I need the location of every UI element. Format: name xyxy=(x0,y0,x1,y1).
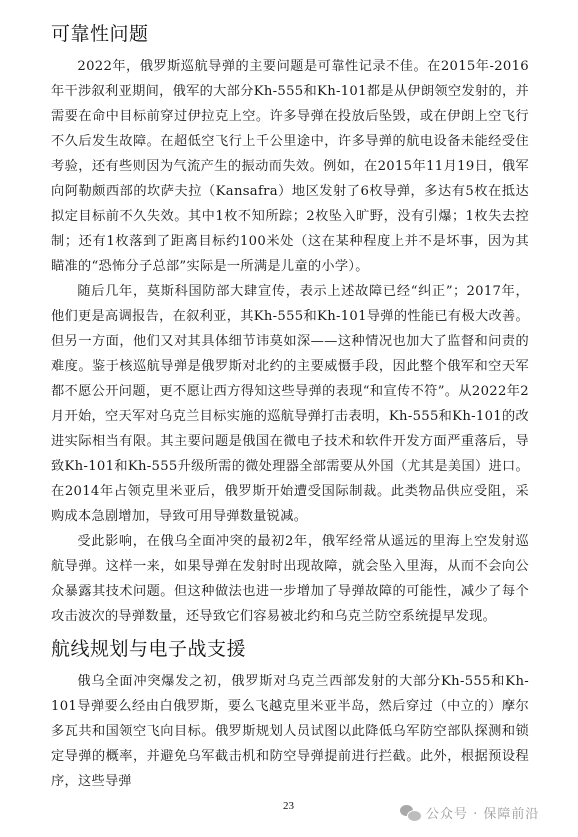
wechat-icon xyxy=(400,805,422,821)
paragraph: 俄乌全面冲突爆发之初，俄罗斯对乌克兰西部发射的大部分Kh-555和Kh-101导… xyxy=(51,669,529,794)
watermark: 公众号 · 保障前沿 xyxy=(400,803,539,822)
paragraph: 受此影响，在俄乌全面冲突的最初2年，俄军经常从遥远的里海上空发射巡航导弹。这样一… xyxy=(51,529,529,629)
paragraph: 2022年，俄罗斯巡航导弹的主要问题是可靠性记录不佳。在2015年-2016年干… xyxy=(51,54,529,279)
section-heading-reliability: 可靠性问题 xyxy=(51,18,529,50)
paragraph: 随后几年，莫斯科国防部大肆宣传，表示上述故障已经“纠正”；2017年，他们更是高… xyxy=(51,279,529,529)
page-number: 23 xyxy=(283,800,294,812)
document-page: 可靠性问题 2022年，俄罗斯巡航导弹的主要问题是可靠性记录不佳。在2015年-… xyxy=(51,18,529,794)
section-heading-route-planning: 航线规划与电子战支援 xyxy=(51,633,529,665)
watermark-text: 公众号 · 保障前沿 xyxy=(426,803,539,822)
